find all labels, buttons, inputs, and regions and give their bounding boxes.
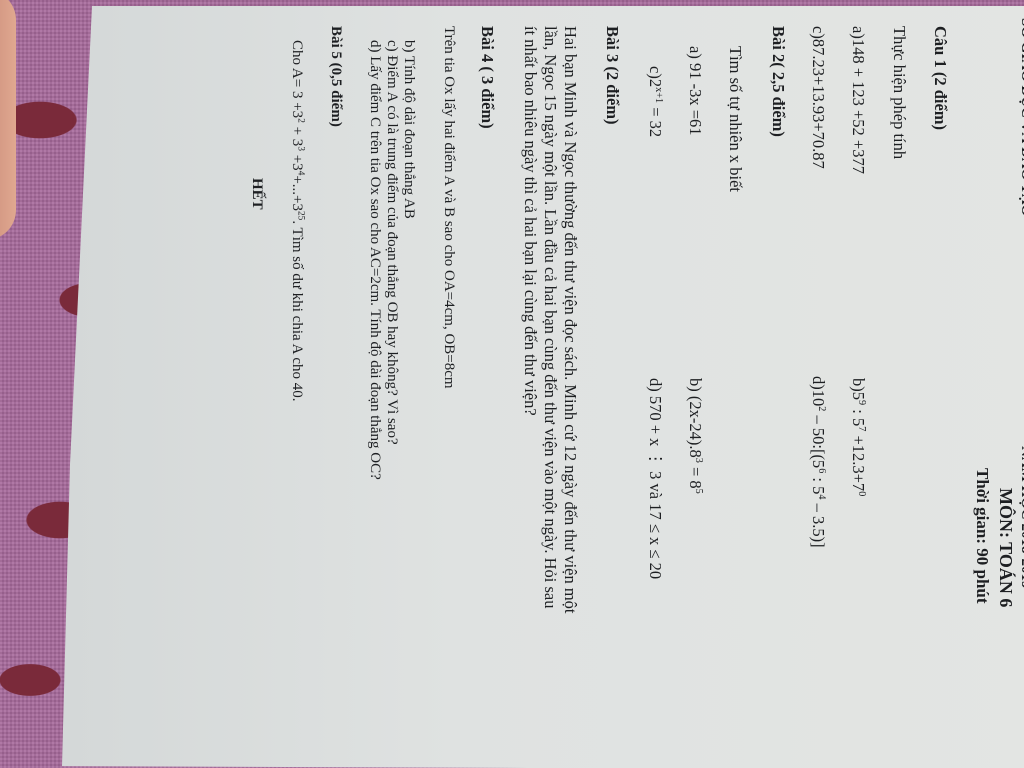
question-1-a: a)148 + 123 +52 +377 (848, 26, 868, 174)
question-4-b: b) Tính độ dài đoạn thẳng AB (400, 40, 417, 219)
question-3-line-1: Hai bạn Minh và Ngọc thường đến thư viện… (560, 26, 580, 614)
question-2-a: a) 91 -3x =61 (685, 46, 705, 136)
exam-document: SỞ GIÁO DỤC VÀ ĐÀO TẠO NĂM HỌC 2018-2019… (250, 0, 1024, 718)
subject-title: MÔN: TOÁN 6 (995, 488, 1016, 607)
exam-duration: Thời gian: 90 phút (972, 468, 992, 604)
question-4-d: d) Lấy điểm C trên tia Ox sao cho AC=2cm… (366, 40, 383, 480)
question-1-d: d)102 – 50:[(56 : 54 – 3.5)] (808, 376, 828, 548)
question-2-d: d) 570 + x ⋮ 3 và 17 ≤ x ≤ 20 (645, 378, 665, 579)
question-1-title: Câu 1 (2 điểm) (930, 26, 950, 130)
question-5-expression: Cho A= 3 +32 + 33 +34+...+325. Tìm số dư… (288, 40, 305, 402)
question-4-instruction: Trên tia Ox lấy hai điểm A và B sao cho … (440, 26, 457, 389)
question-4-title: Bài 4 ( 3 điểm) (477, 26, 497, 129)
question-1-b: b)59 : 57 +12.3+70 (848, 378, 868, 496)
department-header: SỞ GIÁO DỤC VÀ ĐÀO TẠO (1017, 18, 1024, 216)
question-2-title: Bài 2( 2,5 điểm) (768, 26, 788, 137)
question-1-c: c)87.23+13.93+70.87 (808, 26, 828, 169)
end-marker: HẾT (248, 178, 265, 210)
question-4-c: c) Điểm A có là trung điểm của đoạn thẳn… (383, 40, 400, 445)
question-1-instruction: Thực hiện phép tính (889, 26, 909, 159)
question-5-title: Bài 5 (0,5 điểm) (327, 26, 344, 127)
question-2-instruction: Tìm số tự nhiên x biết (725, 46, 745, 192)
question-3-title: Bài 3 (2 điểm) (602, 26, 622, 125)
school-year-header: NĂM HỌC 2018-2019 (1017, 446, 1024, 589)
question-2-c: c)2x+1 = 32 (645, 66, 665, 137)
hand (0, 0, 16, 240)
question-3-line-2: lần, Ngọc 15 ngày một lần. Lần đầu cả ha… (540, 26, 560, 608)
question-3-line-3: ít nhất bao nhiêu ngày thì cả hai bạn lạ… (520, 26, 540, 416)
question-2-b: b) (2x-24).83 = 85 (685, 378, 705, 494)
